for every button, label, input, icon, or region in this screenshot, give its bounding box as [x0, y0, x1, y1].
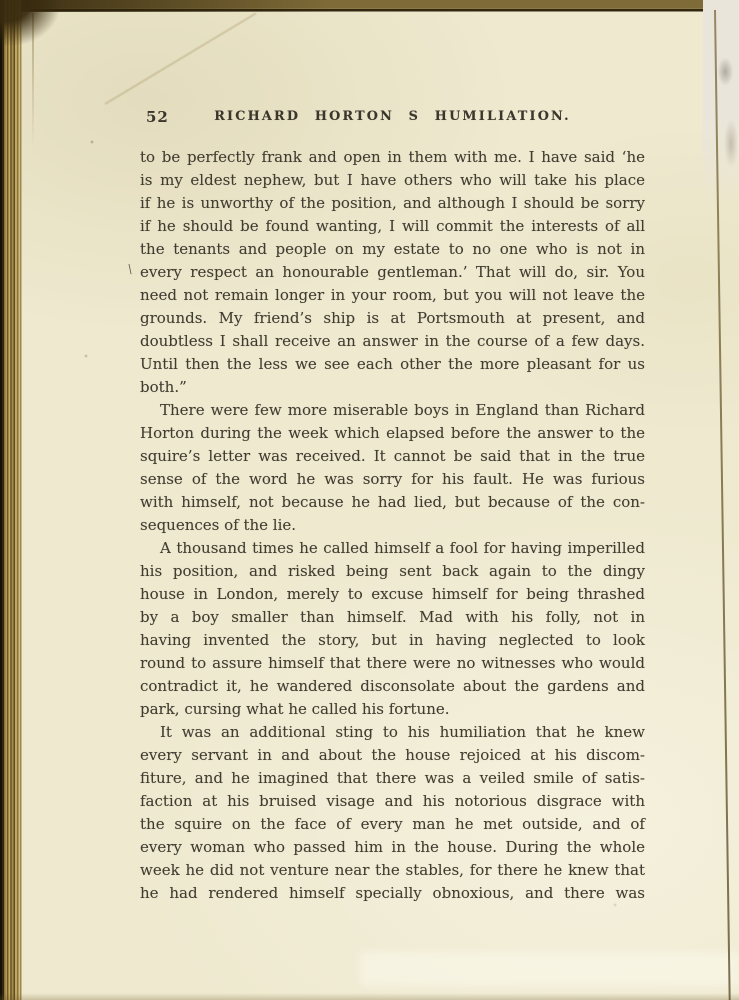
text-line: week he did not venture near the stables… [140, 859, 645, 882]
page-crease-line [105, 12, 257, 104]
text-line: to be perfectly frank and open in them w… [140, 146, 645, 169]
running-title: RICHARD HORTON S HUMILIATION. [140, 107, 645, 124]
text-line: every servant in and about the house rej… [140, 744, 645, 767]
text-line: A thousand times he called himself a foo… [140, 537, 645, 560]
text-line: grounds. My friend’s ship is at Portsmou… [140, 307, 645, 330]
text-line: Until then the less we see each other th… [140, 353, 645, 376]
page-bottom-shadow [0, 993, 739, 1000]
text-line: if he should be found wanting, I will co… [140, 215, 645, 238]
text-line: by a boy smaller than himself. Mad with … [140, 606, 645, 629]
text-line: It was an additional sting to his humili… [140, 721, 645, 744]
scan-light-band [360, 952, 739, 986]
text-line: fiture, and he imagined that there was a… [140, 767, 645, 790]
text-line: sequences of the lie. [140, 514, 645, 537]
scan-background-patch [703, 0, 739, 205]
book-page-stack-edge [0, 0, 24, 1000]
text-line: Horton during the week which elapsed bef… [140, 422, 645, 445]
stray-ink-mark: \ [127, 262, 132, 276]
text-line: contradict it, he wandered disconsolate … [140, 675, 645, 698]
text-line: both.” [140, 376, 645, 399]
page-number: 52 [146, 108, 169, 126]
running-header: 52 RICHARD HORTON S HUMILIATION. [140, 107, 645, 131]
book-top-edge [0, 0, 739, 12]
text-line: with himself, not because he had lied, b… [140, 491, 645, 514]
text-line: the squire on the face of every man he m… [140, 813, 645, 836]
text-line: park, cursing what he called his fortune… [140, 698, 645, 721]
text-line: every woman who passed him in the house.… [140, 836, 645, 859]
text-block: to be perfectly frank and open in them w… [140, 146, 645, 905]
text-line: house in London, merely to excuse himsel… [140, 583, 645, 606]
text-line: sense of the word he was sorry for his f… [140, 468, 645, 491]
text-line: doubtless I shall receive an answer in t… [140, 330, 645, 353]
text-line: his position, and risked being sent back… [140, 560, 645, 583]
text-line: if he is unworthy of the position, and a… [140, 192, 645, 215]
text-line: squire’s letter was received. It cannot … [140, 445, 645, 468]
text-line: every respect an honourable gentleman.’ … [140, 261, 645, 284]
text-line: There were few more miserable boys in En… [140, 399, 645, 422]
text-line: he had rendered himself specially obnoxi… [140, 882, 645, 905]
text-line: is my eldest nephew, but I have others w… [140, 169, 645, 192]
book-page-scan: 52 RICHARD HORTON S HUMILIATION. \ to be… [0, 0, 739, 1000]
text-line: need not remain longer in your room, but… [140, 284, 645, 307]
text-line: the tenants and people on my estate to n… [140, 238, 645, 261]
text-line: faction at his bruised visage and his no… [140, 790, 645, 813]
book-corner-shadow [0, 0, 60, 46]
text-line: round to assure himself that there were … [140, 652, 645, 675]
text-line: having invented the story, but in having… [140, 629, 645, 652]
